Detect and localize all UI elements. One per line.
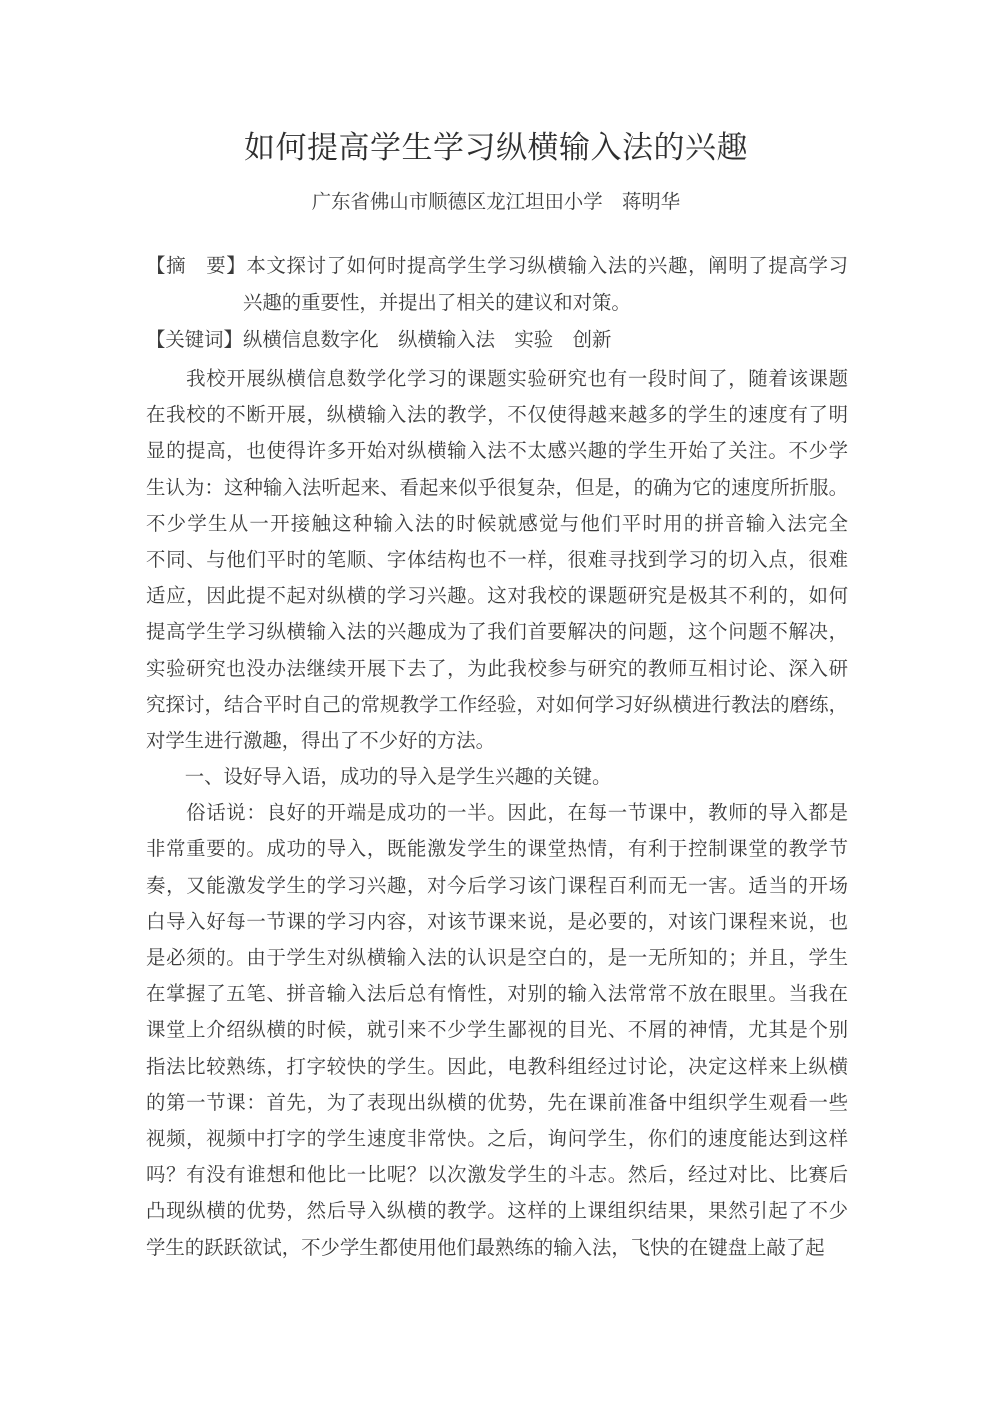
- body-line: 生认为：这种输入法听起来、看起来似乎很复杂，但是，的确为它的速度所折服。: [146, 471, 848, 507]
- body-line: 适应，因此提不起对纵横的学习兴趣。这对我校的课题研究是极其不利的，如何: [146, 579, 848, 615]
- body-line: 俗话说：良好的开端是成功的一半。因此，在每一节课中，教师的导入都是: [146, 796, 848, 832]
- abstract-line-1: 【摘 要】本文探讨了如何时提高学生学习纵横输入法的兴趣，阐明了提高学习: [146, 248, 848, 285]
- abstract-line-2: 兴趣的重要性，并提出了相关的建议和对策。: [146, 285, 848, 322]
- keywords-text: 纵横信息数字化 纵横输入法 实验 创新: [243, 330, 611, 351]
- abstract-label: 【摘 要】: [146, 256, 246, 277]
- body-text: 我校开展纵横信息数学化学习的课题实验研究也有一段时间了，随着该课题在我校的不断开…: [146, 362, 848, 1267]
- body-line: 不少学生从一开接触这种输入法的时候就感觉与他们平时用的拼音输入法完全: [146, 507, 848, 543]
- body-line: 我校开展纵横信息数学化学习的课题实验研究也有一段时间了，随着该课题: [146, 362, 848, 398]
- body-line: 实验研究也没办法继续开展下去了，为此我校参与研究的教师互相讨论、深入研: [146, 652, 848, 688]
- body-line: 奏，又能激发学生的学习兴趣，对今后学习该门课程百利而无一害。适当的开场: [146, 869, 848, 905]
- body-line: 课堂上介绍纵横的时候，就引来不少学生鄙视的目光、不屑的神情，尤其是个别: [146, 1013, 848, 1049]
- keywords-label: 【关键词】: [146, 330, 243, 351]
- author-line: 广东省佛山市顺德区龙江坦田小学 蒋明华: [0, 190, 992, 216]
- body-line: 在我校的不断开展，纵横输入法的教学，不仅使得越来越多的学生的速度有了明: [146, 398, 848, 434]
- body-line: 吗？有没有谁想和他比一比呢？以次激发学生的斗志。然后，经过对比、比赛后: [146, 1158, 848, 1194]
- body-line: 在掌握了五笔、拼音输入法后总有惰性，对别的输入法常常不放在眼里。当我在: [146, 977, 848, 1013]
- body-line: 视频，视频中打字的学生速度非常快。之后，询问学生，你们的速度能达到这样: [146, 1122, 848, 1158]
- body-line: 指法比较熟练，打字较快的学生。因此，电教科组经过讨论，决定这样来上纵横: [146, 1050, 848, 1086]
- body-line: 究探讨，结合平时自己的常规教学工作经验，对如何学习好纵横进行教法的磨练，: [146, 688, 848, 724]
- body-line: 凸现纵横的优势，然后导入纵横的教学。这样的上课组织结果，果然引起了不少: [146, 1194, 848, 1230]
- section-heading: 一、设好导入语，成功的导入是学生兴趣的关键。: [146, 760, 848, 796]
- abstract-text: 本文探讨了如何时提高学生学习纵横输入法的兴趣，阐明了提高学习: [246, 256, 848, 277]
- keywords-line: 【关键词】纵横信息数字化 纵横输入法 实验 创新: [146, 322, 848, 359]
- body-line: 的第一节课：首先，为了表现出纵横的优势，先在课前准备中组织学生观看一些: [146, 1086, 848, 1122]
- body-line: 显的提高，也使得许多开始对纵横输入法不太感兴趣的学生开始了关注。不少学: [146, 434, 848, 470]
- page-title: 如何提高学生学习纵横输入法的兴趣: [0, 130, 992, 166]
- body-line: 非常重要的。成功的导入，既能激发学生的课堂热情，有利于控制课堂的教学节: [146, 832, 848, 868]
- body-line: 白导入好每一节课的学习内容，对该节课来说，是必要的，对该门课程来说，也: [146, 905, 848, 941]
- body-line: 提高学生学习纵横输入法的兴趣成为了我们首要解决的问题，这个问题不解决，: [146, 615, 848, 651]
- body-line: 学生的跃跃欲试，不少学生都使用他们最熟练的输入法，飞快的在键盘上敲了起: [146, 1231, 848, 1267]
- document-page: 如何提高学生学习纵横输入法的兴趣 广东省佛山市顺德区龙江坦田小学 蒋明华 【摘 …: [0, 0, 992, 1403]
- body-line: 不同、与他们平时的笔顺、字体结构也不一样，很难寻找到学习的切入点，很难: [146, 543, 848, 579]
- body-line: 是必须的。由于学生对纵横输入法的认识是空白的，是一无所知的；并且，学生: [146, 941, 848, 977]
- abstract-block: 【摘 要】本文探讨了如何时提高学生学习纵横输入法的兴趣，阐明了提高学习 兴趣的重…: [146, 248, 848, 322]
- body-line: 对学生进行激趣，得出了不少好的方法。: [146, 724, 848, 760]
